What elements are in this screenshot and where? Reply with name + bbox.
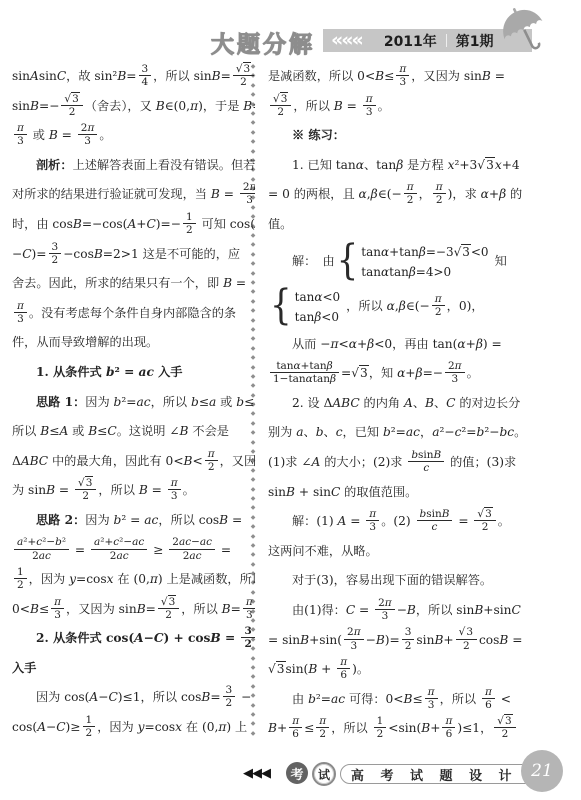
equation-row: tanαtanβ=4>0 [361,262,488,282]
page-header: 大题分解 ««« 2011年 第1期 [0,0,581,60]
text-line: 是减函数，所以 0<B≤π3，又因为 sinB = [268,62,568,92]
text-line: 为 sinB = √32，所以 B = π3。 [12,476,255,506]
left-brace: { [270,286,292,327]
text-line: = 0 的两根，且 α,β∈(−π2，π2)，求 α+β 的 [268,180,568,210]
equation-row: tanβ<0 [295,307,341,327]
text-line: 剖析：上述解答表面上看没有错误。但若 [12,151,255,181]
text-line: 入手 [12,654,255,684]
text-line: √3sin(B + π6)。 [268,655,568,685]
text-line: (1)求 ∠A 的大小；(2)求 bsinBc 的值；(3)求 [268,448,568,478]
left-brace: { [337,241,359,282]
text-line: 舍去。因此，所求的结果只有一个，即 B = [12,269,255,299]
issue-divider [446,34,447,47]
text-line: sinB + sinC 的取值范围。 [268,478,568,508]
text-line: 由(1)得：C = 2π3−B，所以 sinB+sinC [268,596,568,626]
footer-arrows-icon: ◀◀◀ [243,766,270,781]
left-column: sinAsinC，故 sin²B=34，所以 sinB=√32 或sinB=−√… [12,62,255,743]
text-line: = sinB+sin(2π3−B)=32sinB+√32cosB = [268,626,568,656]
journal-badge-shi: 试 [312,762,336,786]
text-line: 别为 a、b、c，已知 b²=ac，a²−c²=b²−bc。 [268,418,568,448]
issue-year: 2011年 [384,31,437,51]
text-line: sinAsinC，故 sin²B=34，所以 sinB=√32 或 [12,62,255,92]
text-line: 12，因为 y=cosx 在 (0,π) 上是减函数，所以 [12,565,255,595]
chevrons-left-icon: ««« [331,29,362,51]
right-column: 是减函数，所以 0<B≤π3，又因为 sinB =√32，所以 B = π3。※… [268,62,568,744]
text-line: 件，从而导致增解的出现。 [12,328,255,358]
text-line: 1. 从条件式 b² = ac 入手 [12,358,255,388]
text-line: ※ 练习： [268,121,568,151]
column-logo: 大题分解 [211,26,315,59]
text-line: 思路 2：因为 b² = ac，所以 cosB = [12,506,255,536]
journal-badge-kao: 考 [286,762,308,784]
text-line: −C)=32−cosB=2>1 这是不可能的，应 [12,240,255,270]
text-line: 0<B≤π3，又因为 sinB=√32，所以 B=π3。 [12,595,255,625]
text-line: 对于(3)，容易出现下面的错误解答。 [268,566,568,596]
text-line: B+π6≤π2，所以 12<sin(B+π6)≤1，√32 [268,714,568,744]
text-line: 2. 从条件式 cos(A−C) + cosB = 32 [12,624,255,654]
text-line: a²+c²−b²2ac = a²+c²−ac2ac ≥ 2ac−ac2ac = [12,536,255,566]
text-line: 时，由 cosB=−cos(A+C)=−12 可知 cos(A [12,210,255,240]
text-line: tanα+tanβ1−tanαtanβ=√3，知 α+β=−2π3。 [268,359,568,389]
text-line: ΔABC 中的最大角，因此有 0<B<π2，又因 [12,447,255,477]
issue-number: 第1期 [456,31,494,51]
text-line: cos(A−C)≥12，因为 y=cosx 在 (0,π) 上 [12,713,255,743]
page-number-badge: 21 [521,750,563,792]
equation-system-line: 解： 由{tanα+tanβ=−3√3<0tanαtanβ=4>0知 [268,240,568,285]
equation-row: tanα+tanβ=−3√3<0 [361,242,488,262]
text-line: π3 或 B = 2π3。 [12,121,255,151]
issue-info: 2011年 第1期 [384,31,494,51]
text-line: 从而 −π<α+β<0，再由 tan(α+β) = [268,330,568,360]
text-line: 1. 已知 tanα、tanβ 是方程 x²+3√3x+4 [268,151,568,181]
text-line: 解：(1) A = π3。(2) bsinBc = √32。 [268,507,568,537]
text-line: 因为 cos(A−C)≤1，所以 cosB=32 − [12,683,255,713]
text-line: 所以 B≤A 或 B≤C。这说明 ∠B 不会是 [12,417,255,447]
text-line: 对所求的结果进行验证就可发现，当 B = 2π3 [12,180,255,210]
page-footer: ◀◀◀ 考 试 高 考 试 题 设 计 版 21 [0,748,581,794]
equation-system-line: {tanα<0tanβ<0，所以 α,β∈(−π2，0)， [268,285,568,330]
text-line: √32，所以 B = π3。 [268,92,568,122]
text-line: 这两问不难，从略。 [268,537,568,567]
text-line: 思路 1：因为 b²=ac，所以 b≤a 或 b≤c。 [12,388,255,418]
text-line: sinB=−√32（舍去），又 B∈(0,π)，于是 B= [12,92,255,122]
text-line: π3。没有考虑每个条件自身内部隐含的条 [12,299,255,329]
text-line: 由 b²=ac 可得：0<B≤π3，所以 π6 < [268,685,568,715]
magazine-page: 大题分解 ««« 2011年 第1期 ◆◆◆◆◆◆◆◆◆◆◆◆◆◆◆◆◆◆◆◆◆… [0,0,581,800]
umbrella-icon [498,4,550,64]
equation-row: tanα<0 [295,287,341,307]
text-line: 2. 设 ΔABC 的内角 A、B、C 的对边长分 [268,389,568,419]
text-line: 值。 [268,210,568,240]
